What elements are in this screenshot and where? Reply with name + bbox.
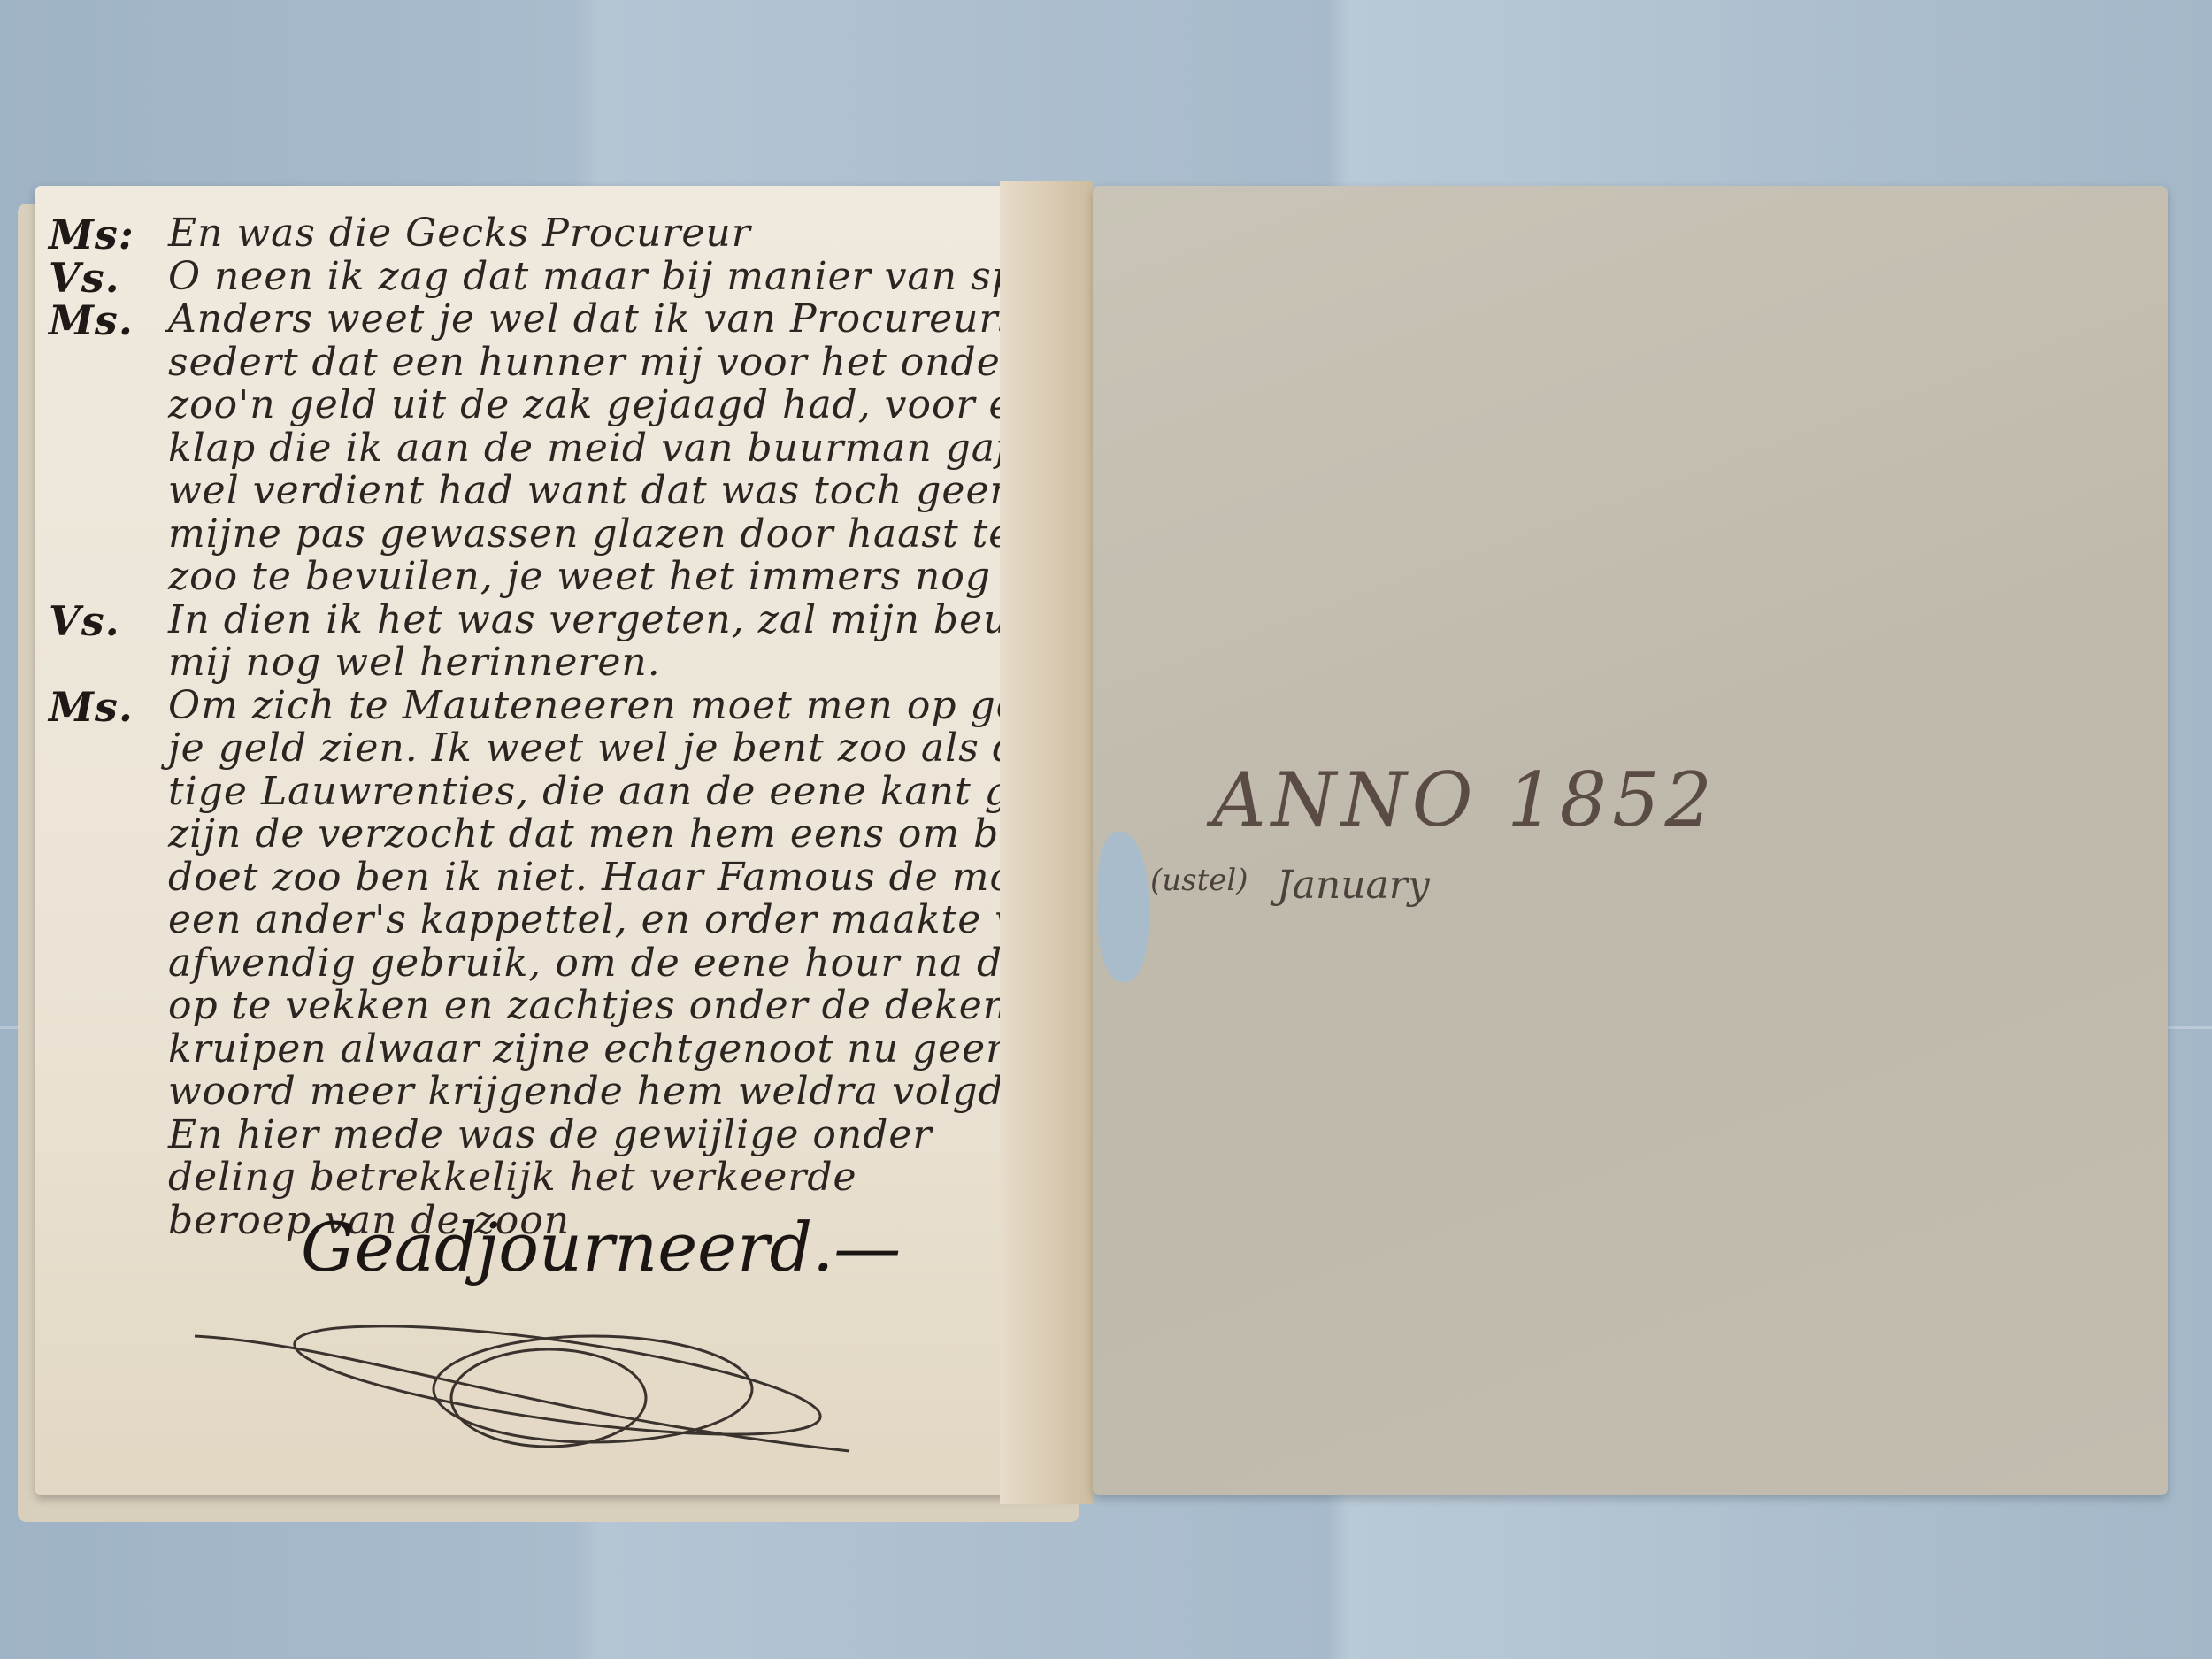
line-text: je geld zien. Ik weet wel je bent zoo al… — [168, 726, 1042, 771]
line-text: een ander's kappettel, en order maakte v… — [168, 897, 1068, 942]
line-text: Om zich te Mauteneeren moet men op geen — [168, 683, 1070, 728]
line-text: mij nog wel herinneren. — [168, 640, 661, 685]
speaker-label: Ms. — [49, 683, 134, 731]
month-label: January — [1277, 863, 1430, 908]
margin-fragment: (ustel) — [1150, 863, 1248, 898]
line-text: En was die Gecks Procureur — [168, 211, 751, 256]
line-text: deling betrekkelijk het verkeerde — [168, 1155, 857, 1200]
speaker-label: Vs. — [49, 254, 120, 302]
line-text: woord meer krijgende hem weldra volgde — [168, 1069, 1028, 1114]
line-text: mijne pas gewassen glazen door haast te … — [168, 511, 1097, 557]
speaker-label: Vs. — [49, 597, 120, 645]
flourish-icon — [177, 1283, 902, 1486]
line-text: afwendig gebruik, om de eene hour na de … — [168, 941, 1090, 986]
line-text: In dien ik het was vergeten, zal mijn be… — [168, 597, 1129, 642]
speaker-label: Ms: — [49, 211, 134, 258]
book-spine — [1000, 181, 1093, 1504]
line-text: zoo te bevuilen, je weet het immers nog … — [168, 554, 1089, 599]
line-text: Anders weet je wel dat ik van Procureurs… — [168, 296, 1109, 342]
line-text: En hier mede was de gewijlige onder — [168, 1112, 933, 1157]
right-cover-page: ANNO 1852 January (ustel) — [1093, 186, 2168, 1495]
line-text: doet zoo ben ik niet. Haar Famous de moe… — [168, 855, 1064, 900]
line-text: op te vekken en zachtjes onder de dekens — [168, 983, 1030, 1028]
left-manuscript-page: Ms:En was die Gecks ProcureurVs.O neen i… — [35, 186, 1079, 1495]
closing-signature: Geadjourneerd.— — [301, 1208, 901, 1286]
line-text: kruipen alwaar zijne echtgenoot nu geen — [168, 1026, 1011, 1071]
line-text: zijn de verzocht dat men hem eens om bie… — [168, 811, 1056, 856]
line-text: tige Lauwrenties, die aan de eene kant g… — [168, 769, 1060, 814]
speaker-label: Ms. — [49, 296, 134, 344]
line-text: O neen ik zag dat maar bij manier van sp — [168, 254, 1018, 299]
year-heading: ANNO 1852 — [1212, 757, 1717, 843]
